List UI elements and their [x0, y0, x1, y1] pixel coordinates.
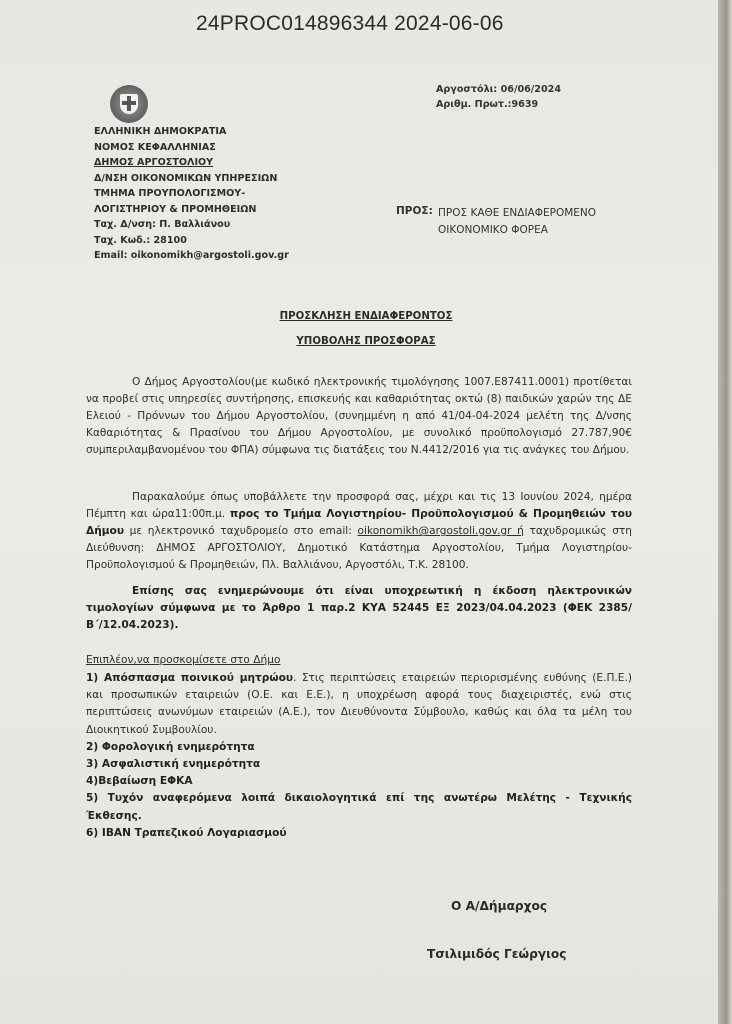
paragraph-einvoicing: Επίσης σας ενημερώνουμε ότι είναι υποχρε… — [86, 583, 632, 634]
sender-line: ΛΟΓΙΣΤΗΡΙΟΥ & ΠΡΟΜΗΘΕΙΩΝ — [94, 202, 289, 218]
einvoicing-text: Επίσης σας ενημερώνουμε ότι είναι υποχρε… — [86, 585, 632, 631]
list-item: 5) Τυχόν αναφερόμενα λοιπά δικαιολογητικ… — [86, 790, 632, 824]
document-subtitle: ΥΠΟΒΟΛΗΣ ΠΡΟΣΦΟΡΑΣ — [0, 336, 732, 347]
sender-block: ΕΛΛΗΝΙΚΗ ΔΗΜΟΚΡΑΤΙΑ ΝΟΜΟΣ ΚΕΦΑΛΛΗΝΙΑΣ ΔΗ… — [94, 124, 289, 264]
paragraph-submission: Παρακαλούμε όπως υποβάλλετε την προσφορά… — [86, 489, 632, 574]
list-item: 3) Ασφαλιστική ενημερότητα — [86, 756, 632, 773]
sender-line: ΤΜΗΜΑ ΠΡΟΥΠΟΛΟΓΙΣΜΟΥ- — [94, 186, 289, 202]
email-link[interactable]: oikonomikh@argostoli.gov.gr ή — [358, 525, 524, 537]
sender-line: Ταχ. Κωδ.: 28100 — [94, 233, 289, 249]
date-block: Αργοστόλι: 06/06/2024 Αριθμ. Πρωτ.:9639 — [436, 83, 561, 112]
sender-email: Email: oikonomikh@argostoli.gov.gr — [94, 248, 289, 264]
list-item: 2) Φορολογική ενημερότητα — [86, 739, 632, 756]
signature-name: Τσιλιμιδός Γεώργιος — [427, 947, 566, 961]
requirements-list: 1) Απόσπασμα ποινικού μητρώου. Στις περι… — [86, 670, 632, 842]
document-id: 24PROC014896344 2024-06-06 — [196, 12, 504, 36]
list-item-title: 1) Απόσπασμα ποινικού μητρώου — [86, 672, 293, 684]
signature-title: Ο Α/Δήμαρχος — [451, 899, 547, 913]
document-page: 24PROC014896344 2024-06-06 ΕΛΛΗΝΙΚΗ ΔΗΜΟ… — [0, 0, 718, 1024]
sender-line: Ταχ. Δ/νση: Π. Βαλλιάνου — [94, 217, 289, 233]
submission-text: με ηλεκτρονικό ταχυδρομείο στο email: — [124, 525, 358, 537]
paragraph-intro-text: Ο Δήμος Αργοστολίου(με κωδικό ηλεκτρονικ… — [86, 376, 632, 456]
list-item: 4)Βεβαίωση ΕΦΚΑ — [86, 773, 632, 790]
paragraph-intro: Ο Δήμος Αργοστολίου(με κωδικό ηλεκτρονικ… — [86, 374, 632, 459]
list-item: 6) IBAN Τραπεζικού Λογαριασμού — [86, 825, 632, 842]
requirements-heading: Επιπλέον,να προσκομίσετε στο Δήμο — [86, 654, 280, 666]
recipient-line: ΠΡΟΣ ΚΑΘΕ ΕΝΔΙΑΦΕΡΟΜΕΝΟ — [438, 205, 596, 222]
recipient-line: ΟΙΚΟΝΟΜΙΚΟ ΦΟΡΕΑ — [438, 222, 596, 239]
sender-line: ΔΗΜΟΣ ΑΡΓΟΣΤΟΛΙΟΥ — [94, 155, 289, 171]
recipient-label: ΠΡΟΣ: — [396, 205, 433, 217]
protocol-number: Αριθμ. Πρωτ.:9639 — [436, 98, 561, 113]
sender-line: Δ/ΝΣΗ ΟΙΚΟΝΟΜΙΚΩΝ ΥΠΗΡΕΣΙΩΝ — [94, 171, 289, 187]
place-date: Αργοστόλι: 06/06/2024 — [436, 83, 561, 98]
document-title: ΠΡΟΣΚΛΗΣΗ ΕΝΔΙΑΦΕΡΟΝΤΟΣ — [0, 311, 732, 322]
cross-shield-icon — [120, 94, 138, 114]
recipient-value: ΠΡΟΣ ΚΑΘΕ ΕΝΔΙΑΦΕΡΟΜΕΝΟ ΟΙΚΟΝΟΜΙΚΟ ΦΟΡΕΑ — [438, 205, 596, 239]
sender-line: ΝΟΜΟΣ ΚΕΦΑΛΛΗΝΙΑΣ — [94, 140, 289, 156]
greek-emblem-icon — [110, 85, 148, 123]
sender-line: ΕΛΛΗΝΙΚΗ ΔΗΜΟΚΡΑΤΙΑ — [94, 124, 289, 140]
list-item: 1) Απόσπασμα ποινικού μητρώου. Στις περι… — [86, 670, 632, 739]
page-edge-shadow — [718, 0, 732, 1024]
